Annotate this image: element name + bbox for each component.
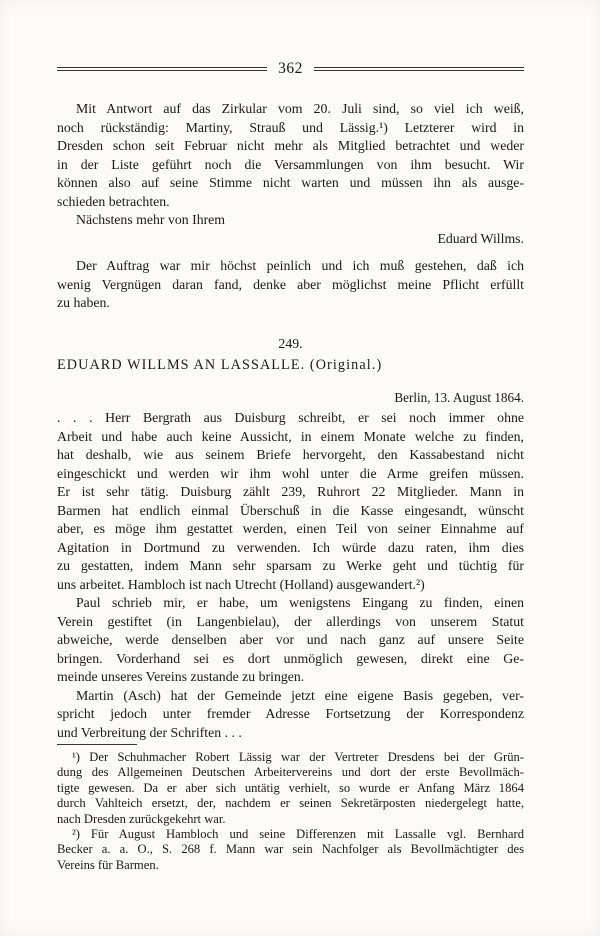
text-column: 362 Mit Antwort auf das Zirkular vom 20.… [57, 0, 524, 873]
paragraph-letter-2: Paul schrieb mir, er habe, um wenigstens… [57, 594, 524, 687]
text-line: Mit Antwort auf das Zirkular vom 20. Jul… [57, 100, 524, 119]
text-line: Arbeit und habe auch keine Aussicht, in … [57, 428, 524, 447]
text-line: Dresden schon seit Februar nicht mehr al… [57, 137, 524, 156]
text-line: Paul schrieb mir, er habe, um wenigstens… [57, 594, 524, 613]
text-line: schieden betrachten. [57, 193, 524, 212]
text-line: durch Vahlteich ersetzt, der, nachdem er… [57, 796, 524, 811]
text-line: zu haben. [57, 294, 524, 313]
paragraph-letter-3: Martin (Asch) hat der Gemeinde jetzt ein… [57, 687, 524, 743]
text-line: Agitation in Dortmund zu verwenden. Ich … [57, 539, 524, 558]
text-line: Der Auftrag war mir höchst peinlich und … [57, 257, 524, 276]
text-line: . . . Herr Bergrath aus Duisburg schreib… [57, 409, 524, 428]
paragraph-previous-letter: Mit Antwort auf das Zirkular vom 20. Jul… [57, 100, 524, 211]
text-line: hat deshalb, wie aus seinem Briefe hervo… [57, 446, 524, 465]
footnote-1: ¹) Der Schuhmacher Robert Lässig war der… [57, 750, 524, 827]
text-line: tigte gewesen. Da er aber sich untätig v… [57, 781, 524, 796]
text-line: wenig Vergnügen daran fand, denke aber m… [57, 276, 524, 295]
text-line: ²) Für August Hambloch und seine Differe… [57, 827, 524, 842]
footnote-2: ²) Für August Hambloch und seine Differe… [57, 827, 524, 873]
text-line: bringen. Vorderhand sei es dort unmöglic… [57, 650, 524, 669]
text-line: Martin (Asch) hat der Gemeinde jetzt ein… [57, 687, 524, 706]
text-line: uns arbeitet. Hambloch ist nach Utrecht … [57, 576, 524, 595]
text-line: meinde unseres Vereins zustande zu bring… [57, 668, 524, 687]
footnote-separator-rule [57, 744, 137, 745]
letter-closing: Nächstens mehr von Ihrem [57, 211, 524, 230]
text-line: zu gestatten, indem Mann sehr sparsam zu… [57, 557, 524, 576]
text-line: nach Dresden zurückgekehrt war. [57, 812, 524, 827]
text-line: Verein gestiftet (in Langenbielau), der … [57, 613, 524, 632]
section-number: 249. [57, 335, 524, 354]
scanned-book-page: 362 Mit Antwort auf das Zirkular vom 20.… [0, 0, 600, 936]
paragraph-letter-1: . . . Herr Bergrath aus Duisburg schreib… [57, 409, 524, 594]
text-line: in der Liste geführt noch die Versammlun… [57, 156, 524, 175]
header-rule-right [314, 67, 524, 72]
text-line: noch rückständig: Martiny, Strauß und Lä… [57, 119, 524, 138]
section-heading: EDUARD WILLMS AN LASSALLE. (Original.) [57, 356, 524, 375]
letter-dateline: Berlin, 13. August 1864. [57, 389, 524, 408]
text-line: können also auf seine Stimme nicht warte… [57, 174, 524, 193]
text-line: Barmen hat endlich einmal Überschuß in d… [57, 502, 524, 521]
text-line: Becker a. a. O., S. 268 f. Mann war sein… [57, 842, 524, 857]
text-line: abweiche, werde denselben aber vor und n… [57, 631, 524, 650]
text-line: und Verbreitung der Schriften . . . [57, 724, 524, 743]
text-line: spricht jedoch unter fremder Adresse For… [57, 705, 524, 724]
footnotes-block: ¹) Der Schuhmacher Robert Lässig war der… [57, 750, 524, 873]
text-line: Er ist sehr tätig. Duisburg zählt 239, R… [57, 483, 524, 502]
text-line: dung des Allgemeinen Deutschen Arbeiterv… [57, 765, 524, 780]
text-line: aber, es möge ihm gestattet werden, eine… [57, 520, 524, 539]
paragraph-postscript: Der Auftrag war mir höchst peinlich und … [57, 257, 524, 313]
page-number: 362 [278, 60, 303, 78]
letter-signature: Eduard Willms. [57, 230, 524, 249]
text-line: eingeschickt und werden wir ihm wohl unt… [57, 465, 524, 484]
running-head: 362 [57, 60, 524, 78]
text-line: Vereins für Barmen. [57, 858, 524, 873]
header-rule-left [57, 67, 267, 72]
text-line: ¹) Der Schuhmacher Robert Lässig war der… [57, 750, 524, 765]
